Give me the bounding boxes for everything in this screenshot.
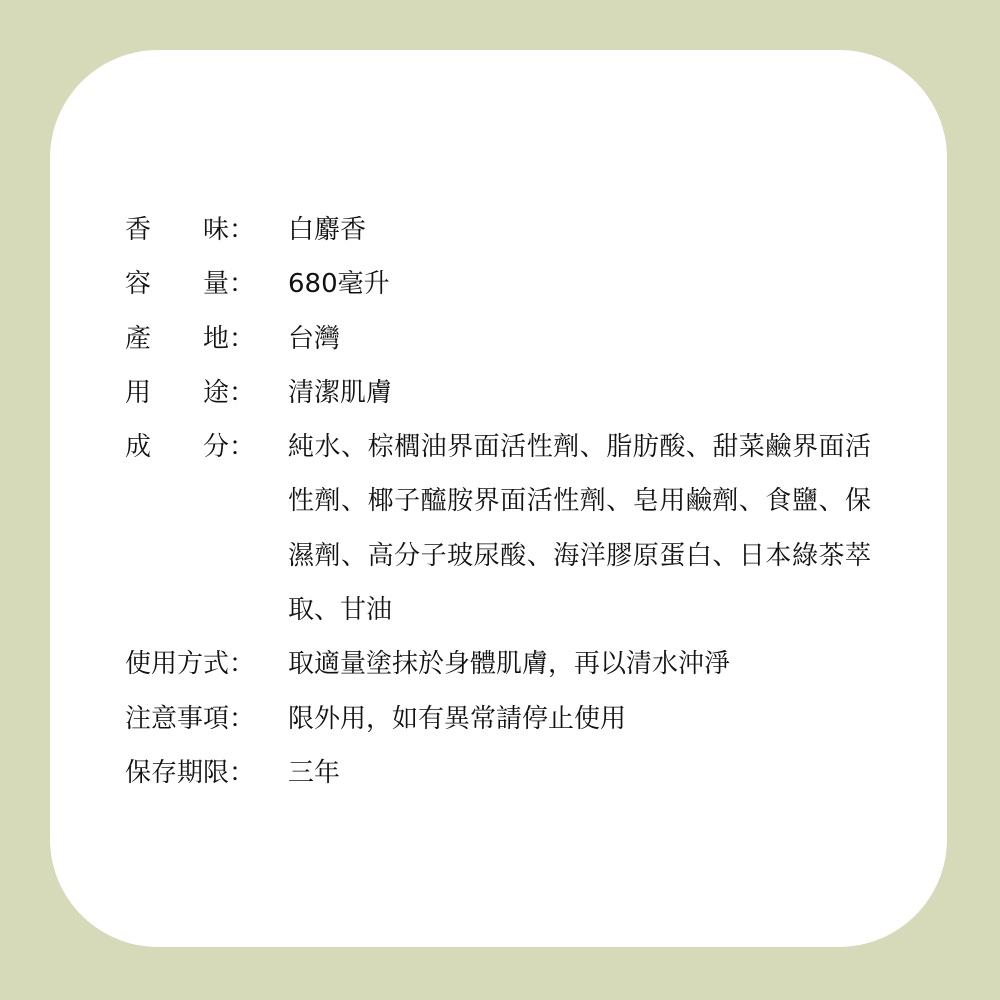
- info-row-colon: ：: [229, 637, 255, 691]
- info-row-value: 清潔肌膚: [288, 366, 871, 420]
- info-row-value: 限外用，如有異常請停止使用: [288, 692, 871, 746]
- info-row-label: 用途: [125, 366, 229, 420]
- info-row-colon: ：: [229, 257, 255, 311]
- info-row-colon: ：: [229, 312, 255, 366]
- info-row: 注意事項 ： 限外用，如有異常請停止使用: [125, 692, 871, 746]
- info-row: 產地 ： 台灣: [125, 312, 871, 366]
- info-row-value: 三年: [288, 746, 871, 800]
- info-row-value: 純水、棕櫚油界面活性劑、脂肪酸、甜菜鹼界面活性劑、椰子醯胺界面活性劑、皂用鹼劑、…: [288, 420, 871, 637]
- product-info-card: 香味 ： 白麝香 容量 ： 680毫升 產地 ： 台灣 用途 ： 清潔肌膚 成分…: [50, 50, 947, 947]
- info-row: 保存期限 ： 三年: [125, 746, 871, 800]
- info-row-colon: ：: [229, 692, 255, 746]
- info-row-label: 注意事項: [125, 692, 229, 746]
- info-row-label: 保存期限: [125, 746, 229, 800]
- info-row: 使用方式 ： 取適量塗抹於身體肌膚，再以清水沖淨: [125, 637, 871, 691]
- info-row-value: 白麝香: [288, 203, 871, 257]
- info-row-label: 成分: [125, 420, 229, 474]
- info-row: 用途 ： 清潔肌膚: [125, 366, 871, 420]
- info-row-label: 使用方式: [125, 637, 229, 691]
- info-row: 香味 ： 白麝香: [125, 203, 871, 257]
- info-row-label: 產地: [125, 312, 229, 366]
- info-row-colon: ：: [229, 420, 255, 474]
- info-row: 成分 ： 純水、棕櫚油界面活性劑、脂肪酸、甜菜鹼界面活性劑、椰子醯胺界面活性劑、…: [125, 420, 871, 637]
- product-info-list: 香味 ： 白麝香 容量 ： 680毫升 產地 ： 台灣 用途 ： 清潔肌膚 成分…: [125, 203, 871, 800]
- info-row-colon: ：: [229, 746, 255, 800]
- info-row-value: 台灣: [288, 312, 871, 366]
- info-row-colon: ：: [229, 366, 255, 420]
- info-row-label: 容量: [125, 257, 229, 311]
- info-row-value: 680毫升: [288, 257, 871, 311]
- info-row-label: 香味: [125, 203, 229, 257]
- info-row-colon: ：: [229, 203, 255, 257]
- info-row: 容量 ： 680毫升: [125, 257, 871, 311]
- info-row-value: 取適量塗抹於身體肌膚，再以清水沖淨: [288, 637, 871, 691]
